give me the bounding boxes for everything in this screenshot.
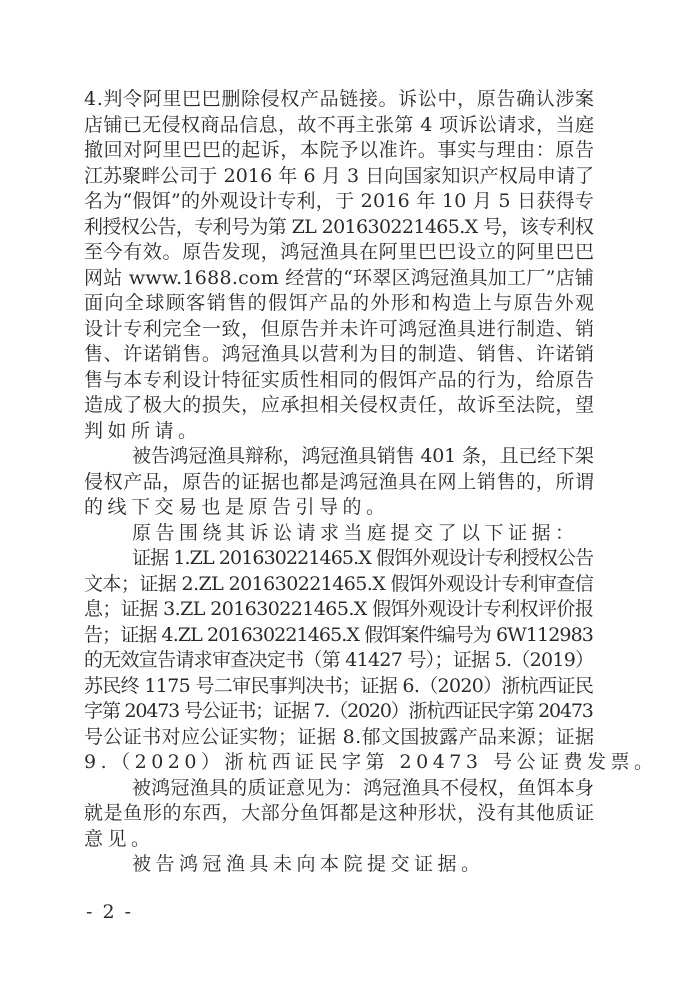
text-line: 售、许诺销售。鸿冠渔具以营利为目的制造、销售、许诺销 (84, 342, 594, 368)
document-page: 4.判令阿里巴巴删除侵权产品链接。诉讼中，原告确认涉案店铺已无侵权商品信息，故不… (0, 0, 700, 990)
text-line: 文本；证据 2.ZL 201630221465.X 假饵外观设计专利审查信 (84, 572, 594, 598)
text-line: 网站 www.1688.com 经营的“环翠区鸿冠渔具加工厂”店铺 (84, 266, 594, 292)
text-line: 告；证据 4.ZL 201630221465.X 假饵案件编号为 6W11298… (84, 623, 594, 649)
text-line: 利授权公告，专利号为第 ZL 201630221465.X 号，该专利权 (84, 215, 594, 241)
text-line: 就是鱼形的东西，大部分鱼饵都是这种形状，没有其他质证 (84, 801, 594, 827)
text-line: 撤回对阿里巴巴的起诉，本院予以准许。事实与理由：原告 (84, 138, 594, 164)
text-line: 息；证据 3.ZL 201630221465.X 假饵外观设计专利权评价报 (84, 597, 594, 623)
text-line: 被鸿冠渔具的质证意见为：鸿冠渔具不侵权，鱼饵本身 (84, 776, 594, 802)
text-line: 被告鸿冠渔具辩称，鸿冠渔具销售 401 条，且已经下架 (84, 444, 594, 470)
text-line: 9.（2020）浙杭西证民字第 20473 号公证费发票。 (84, 750, 594, 776)
text-line: 店铺已无侵权商品信息，故不再主张第 4 项诉讼请求，当庭 (84, 113, 594, 139)
document-body: 4.判令阿里巴巴删除侵权产品链接。诉讼中，原告确认涉案店铺已无侵权商品信息，故不… (84, 87, 594, 878)
text-line: 面向全球顾客销售的假饵产品的外形和构造上与原告外观 (84, 291, 594, 317)
text-line: 被告鸿冠渔具未向本院提交证据。 (84, 852, 594, 878)
text-line: 证据 1.ZL 201630221465.X 假饵外观设计专利授权公告 (84, 546, 594, 572)
text-line: 判如所请。 (84, 419, 594, 445)
text-line: 意见。 (84, 827, 594, 853)
text-line: 售与本专利设计特征实质性相同的假饵产品的行为，给原告 (84, 368, 594, 394)
text-line: 苏民终 1175 号二审民事判决书；证据 6.（2020）浙杭西证民 (84, 674, 594, 700)
text-line: 号公证书对应公证实物；证据 8.郁文国披露产品来源；证据 (84, 725, 594, 751)
text-line: 造成了极大的损失，应承担相关侵权责任，故诉至法院，望 (84, 393, 594, 419)
page-number: - 2 - (86, 900, 133, 924)
text-line: 至今有效。原告发现，鸿冠渔具在阿里巴巴设立的阿里巴巴 (84, 240, 594, 266)
text-line: 的无效宣告请求审查决定书（第 41427 号）；证据 5.（2019） (84, 648, 594, 674)
text-line: 侵权产品，原告的证据也都是鸿冠渔具在网上销售的，所谓 (84, 470, 594, 496)
text-line: 字第 20473 号公证书；证据 7.（2020）浙杭西证民字第 20473 (84, 699, 594, 725)
text-line: 名为“假饵”的外观设计专利，于 2016 年 10 月 5 日获得专 (84, 189, 594, 215)
text-line: 4.判令阿里巴巴删除侵权产品链接。诉讼中，原告确认涉案 (84, 87, 594, 113)
text-line: 江苏聚畔公司于 2016 年 6 月 3 日向国家知识产权局申请了 (84, 164, 594, 190)
text-line: 设计专利完全一致，但原告并未许可鸿冠渔具进行制造、销 (84, 317, 594, 343)
text-line: 原告围绕其诉讼请求当庭提交了以下证据： (84, 521, 594, 547)
text-line: 的线下交易也是原告引导的。 (84, 495, 594, 521)
